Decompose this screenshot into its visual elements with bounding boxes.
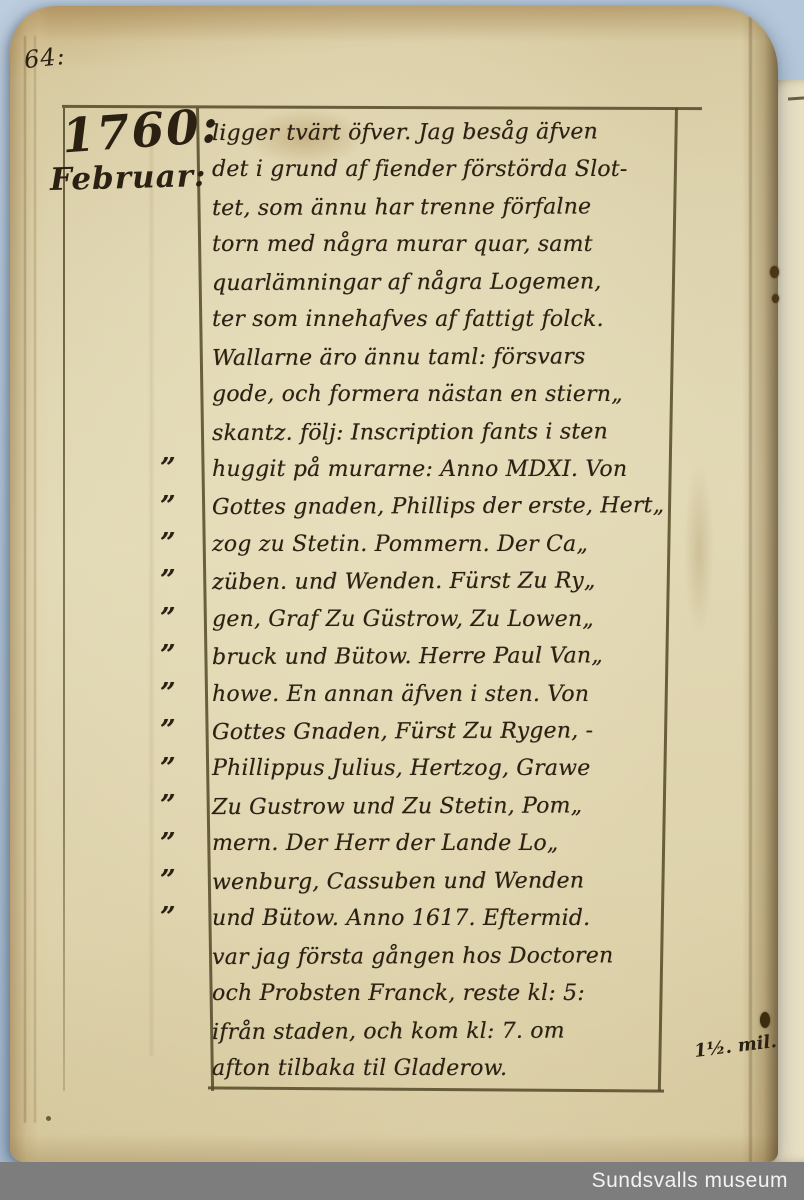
- page-edge-ridge: [34, 36, 36, 1123]
- ditto-mark: ”: [160, 790, 176, 821]
- paper-tear: [760, 1012, 770, 1028]
- manuscript-line: gode, och formera nästan en stiern„: [212, 376, 678, 413]
- page-edge-ridge: [24, 36, 26, 1123]
- manuscript-line: skantz. följ: Inscription fants i sten: [212, 412, 678, 451]
- manuscript-line: Phillippus Julius, Hertzog, Grawe: [212, 750, 678, 787]
- manuscript-lines: ligger tvärt öfver. Jag besåg äfvendet i…: [212, 114, 678, 1087]
- museum-credit-label: Sundsvalls museum: [592, 1169, 788, 1193]
- page-top-edge: [10, 6, 778, 42]
- manuscript-line: howe. En annan äfven i sten. Von: [212, 676, 678, 713]
- manuscript-line: torn med några murar quar, samt: [212, 226, 678, 263]
- manuscript-line: tet, som ännu har trenne förfalne: [212, 188, 678, 227]
- manuscript-line: züben. und Wenden. Fürst Zu Ry„: [212, 562, 678, 601]
- manuscript-line: Gottes Gnaden, Fürst Zu Rygen, -: [212, 712, 678, 751]
- ditto-mark: ”: [160, 753, 176, 784]
- ditto-mark: ”: [160, 453, 176, 484]
- manuscript-line: bruck und Bütow. Herre Paul Van„: [212, 637, 678, 676]
- page-stack-left-edge: [10, 6, 50, 1162]
- manuscript-line: gen, Graf Zu Güstrow, Zu Lowen„: [212, 601, 678, 638]
- page-number: 64:: [23, 42, 67, 74]
- ditto-mark: ”: [160, 865, 176, 896]
- margin-year: 1760:: [60, 99, 222, 165]
- page-crease: [150, 116, 153, 1056]
- worm-hole: [770, 266, 779, 278]
- frame-left-rule: [63, 108, 65, 1091]
- manuscript-line: var jag första gången hos Doctoren: [212, 937, 678, 976]
- ditto-mark: ”: [160, 491, 176, 522]
- manuscript-line: huggit på murarne: Anno MDXI. Von: [212, 451, 678, 488]
- ditto-column: ”””””””””””””: [160, 114, 190, 1094]
- manuscript-line: Zu Gustrow und Zu Stetin, Pom„: [212, 787, 678, 826]
- manuscript-line: Gottes gnaden, Phillips der erste, Hert„: [212, 487, 678, 526]
- page-bottom-edge: [10, 1134, 778, 1162]
- manuscript-line: Wallarne äro ännu taml: försvars: [212, 338, 678, 377]
- manuscript-line: ifrån staden, och kom kl: 7. om: [212, 1011, 678, 1050]
- manuscript-line: und Bütow. Anno 1617. Eftermid.: [212, 900, 678, 937]
- ditto-mark: ”: [160, 528, 176, 559]
- ditto-mark: ”: [160, 640, 176, 671]
- manuscript-line: zog zu Stetin. Pommern. Der Ca„: [212, 526, 678, 563]
- ink-fleck: [46, 1116, 51, 1121]
- book-gutter-shadow: [742, 6, 778, 1162]
- museum-credit-bar: Sundsvalls museum: [0, 1162, 804, 1200]
- worm-hole: [772, 294, 779, 303]
- manuscript-line: ter som innehafves af fattigt folck.: [212, 301, 678, 338]
- ditto-mark: ”: [160, 678, 176, 709]
- ditto-mark: ”: [160, 715, 176, 746]
- ditto-mark: ”: [160, 603, 176, 634]
- ditto-mark: ”: [160, 902, 176, 933]
- ditto-mark: ”: [160, 565, 176, 596]
- page-crease: [749, 6, 752, 1162]
- manuscript-line: det i grund af fiender förstörda Slot-: [212, 151, 678, 188]
- ditto-mark: ”: [160, 828, 176, 859]
- manuscript-line: wenburg, Cassuben und Wenden: [212, 862, 678, 901]
- manuscript-line: quarlämningar af några Logemen,: [212, 263, 678, 302]
- manuscript-line: afton tilbaka til Gladerow.: [212, 1050, 678, 1087]
- manuscript-line: mern. Der Herr der Lande Lo„: [212, 825, 678, 862]
- manuscript-line: och Probsten Franck, reste kl: 5:: [212, 975, 678, 1012]
- manuscript-line: ligger tvärt öfver. Jag besåg äfven: [212, 113, 678, 152]
